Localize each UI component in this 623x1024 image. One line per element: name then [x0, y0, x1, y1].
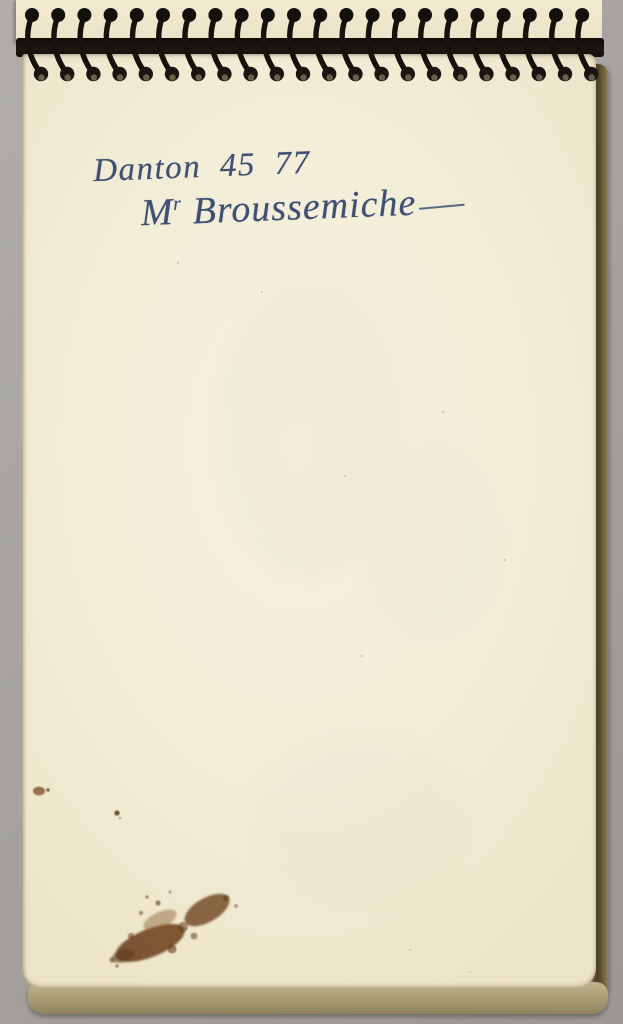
handwriting-flourish — [418, 204, 464, 210]
handwriting-superscript: r — [173, 193, 183, 215]
notepad-photo: Danton 45 77 Mr Broussemiche — [0, 0, 623, 1024]
handwriting-surname: Broussemiche — [192, 182, 417, 233]
handwriting-initial: M — [140, 191, 174, 234]
handwritten-note: Danton 45 77 Mr Broussemiche — [93, 139, 466, 237]
